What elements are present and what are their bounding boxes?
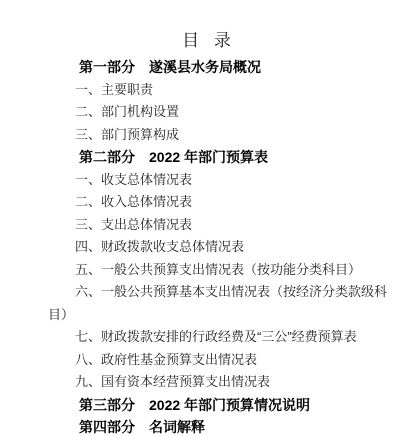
toc-entry: 八、政府性基金预算支出情况表 (0, 349, 393, 372)
toc-entry: 七、财政拨款安排的行政经费及“三公”经费预算表 (0, 326, 393, 349)
toc-entry-part-4: 第四部分 名词解释 (0, 416, 393, 437)
toc-entry: 二、部门机构设置 (0, 101, 393, 124)
toc-entry: 二、收入总体情况表 (0, 191, 393, 214)
page-title: 目 录 (0, 30, 415, 52)
toc-entry: 三、部门预算构成 (0, 124, 393, 147)
toc-entry: 三、支出总体情况表 (0, 214, 393, 237)
toc-entry: 一、主要职责 (0, 79, 393, 102)
toc-entry: 六、一般公共预算基本支出情况表（按经济分类款级科目） (0, 281, 393, 326)
toc-entry-part-2: 第二部分 2022 年部门预算表 (0, 146, 393, 169)
toc-entry: 四、财政拨款收支总体情况表 (0, 236, 393, 259)
toc-entry: 九、国有资本经营预算支出情况表 (0, 371, 393, 394)
toc-page: 目 录 第一部分 遂溪县水务局概况 一、主要职责 二、部门机构设置 三、部门预算… (0, 0, 415, 437)
toc-entry: 一、收支总体情况表 (0, 169, 393, 192)
toc-entry: 五、一般公共预算支出情况表（按功能分类科目） (0, 259, 393, 282)
toc-entry-part-3: 第三部分 2022 年部门预算情况说明 (0, 394, 393, 417)
toc-entry-part-1: 第一部分 遂溪县水务局概况 (0, 56, 393, 79)
